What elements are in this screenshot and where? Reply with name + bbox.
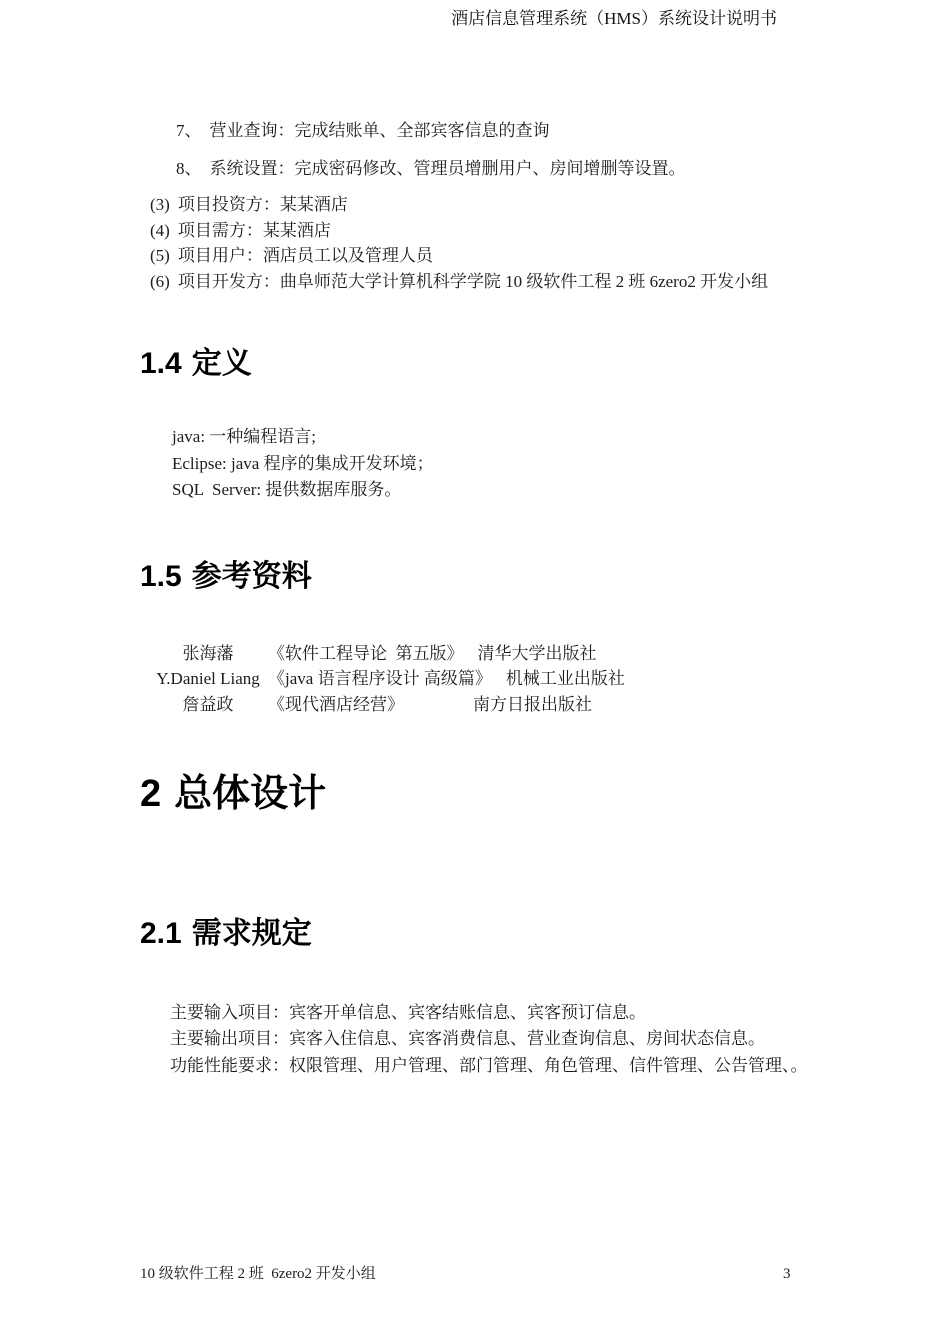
reference-publisher: 机械工业出版社 (506, 666, 625, 691)
section-title: 参考资料 (192, 560, 312, 593)
reference-row: 张海藩 《软件工程导论 第五版》 清华大学出版社 (140, 641, 890, 666)
references-block: 张海藩 《软件工程导论 第五版》 清华大学出版社 Y.Daniel Liang … (140, 641, 890, 717)
list-item-text: 营业查询：完成结账单、全部宾客信息的查询 (210, 121, 550, 140)
list-item-number: (4) (150, 221, 170, 240)
list-item: (5)项目用户：酒店员工以及管理人员 (140, 243, 860, 269)
chapter-title: 总体设计 (174, 773, 326, 815)
chapter-heading-overall-design: 2总体设计 (140, 772, 326, 816)
page-number: 3 (783, 1264, 791, 1284)
section-number: 1.5 (140, 560, 182, 593)
reference-publisher: 清华大学出版社 (478, 641, 597, 666)
reference-book-title: 《软件工程导论 第五版》 (268, 641, 478, 666)
list-item: 7、营业查询：完成结账单、全部宾客信息的查询 (140, 112, 860, 150)
list-item-number: (3) (150, 195, 170, 214)
list-item-text: 系统设置：完成密码修改、管理员增删用户、房间增删等设置。 (210, 159, 686, 178)
requirement-line: 主要输入项目：宾客开单信息、宾客结账信息、宾客预订信息。 (140, 1000, 890, 1026)
definition-line: Eclipse: java 程序的集成开发环境； (140, 451, 860, 478)
list-item: (6)项目开发方：曲阜师范大学计算机科学学院 10 级软件工程 2 班 6zer… (140, 269, 860, 295)
chapter-number: 2 (140, 773, 161, 815)
page-footer-text: 10 级软件工程 2 班 6zero2 开发小组 (140, 1264, 376, 1284)
section-title: 定义 (192, 347, 252, 380)
list-item-text: 项目开发方：曲阜师范大学计算机科学学院 10 级软件工程 2 班 6zero2 … (178, 272, 768, 291)
list-item: (4)项目需方：某某酒店 (140, 218, 860, 244)
list-item-text: 项目用户：酒店员工以及管理人员 (178, 246, 433, 265)
requirement-line: 主要输出项目：宾客入住信息、宾客消费信息、营业查询信息、房间状态信息。 (140, 1026, 890, 1052)
list-item-number: (5) (150, 246, 170, 265)
reference-publisher: 南方日报出版社 (473, 692, 592, 717)
reference-row: Y.Daniel Liang 《java 语言程序设计 高级篇》 机械工业出版社 (140, 666, 890, 691)
definition-line: SQL Server: 提供数据库服务。 (140, 477, 860, 504)
page-header-title: 酒店信息管理系统（HMS）系统设计说明书 (140, 8, 777, 30)
project-info-list: (3)项目投资方：某某酒店 (4)项目需方：某某酒店 (5)项目用户：酒店员工以… (140, 192, 860, 294)
list-item-number: 7、 (176, 121, 202, 140)
section-number: 1.4 (140, 347, 182, 380)
list-item: 8、系统设置：完成密码修改、管理员增删用户、房间增删等设置。 (140, 150, 860, 188)
reference-book-title: 《现代酒店经营》 (268, 692, 473, 717)
requirements-block: 主要输入项目：宾客开单信息、宾客结账信息、宾客预订信息。 主要输出项目：宾客入住… (140, 1000, 890, 1079)
list-item: (3)项目投资方：某某酒店 (140, 192, 860, 218)
list-item-text: 项目投资方：某某酒店 (178, 195, 348, 214)
section-title: 需求规定 (192, 917, 312, 950)
feature-list: 7、营业查询：完成结账单、全部宾客信息的查询 8、系统设置：完成密码修改、管理员… (140, 112, 860, 188)
list-item-number: 8、 (176, 159, 202, 178)
definitions-block: java: 一种编程语言; Eclipse: java 程序的集成开发环境； S… (140, 424, 860, 504)
reference-book-title: 《java 语言程序设计 高级篇》 (268, 666, 506, 691)
reference-row: 詹益政 《现代酒店经营》 南方日报出版社 (140, 692, 890, 717)
reference-author: Y.Daniel Liang (148, 666, 268, 691)
section-heading-requirements: 2.1需求规定 (140, 916, 312, 952)
requirement-line: 功能性能要求：权限管理、用户管理、部门管理、角色管理、信件管理、公告管理、。 (140, 1053, 890, 1079)
list-item-text: 项目需方：某某酒店 (178, 221, 331, 240)
reference-author: 张海藩 (148, 641, 268, 666)
section-number: 2.1 (140, 917, 182, 950)
section-heading-definitions: 1.4定义 (140, 346, 252, 382)
reference-author: 詹益政 (148, 692, 268, 717)
section-heading-references: 1.5参考资料 (140, 559, 312, 595)
document-page: 酒店信息管理系统（HMS）系统设计说明书 7、营业查询：完成结账单、全部宾客信息… (0, 0, 950, 1320)
definition-line: java: 一种编程语言; (140, 424, 860, 451)
list-item-number: (6) (150, 272, 170, 291)
